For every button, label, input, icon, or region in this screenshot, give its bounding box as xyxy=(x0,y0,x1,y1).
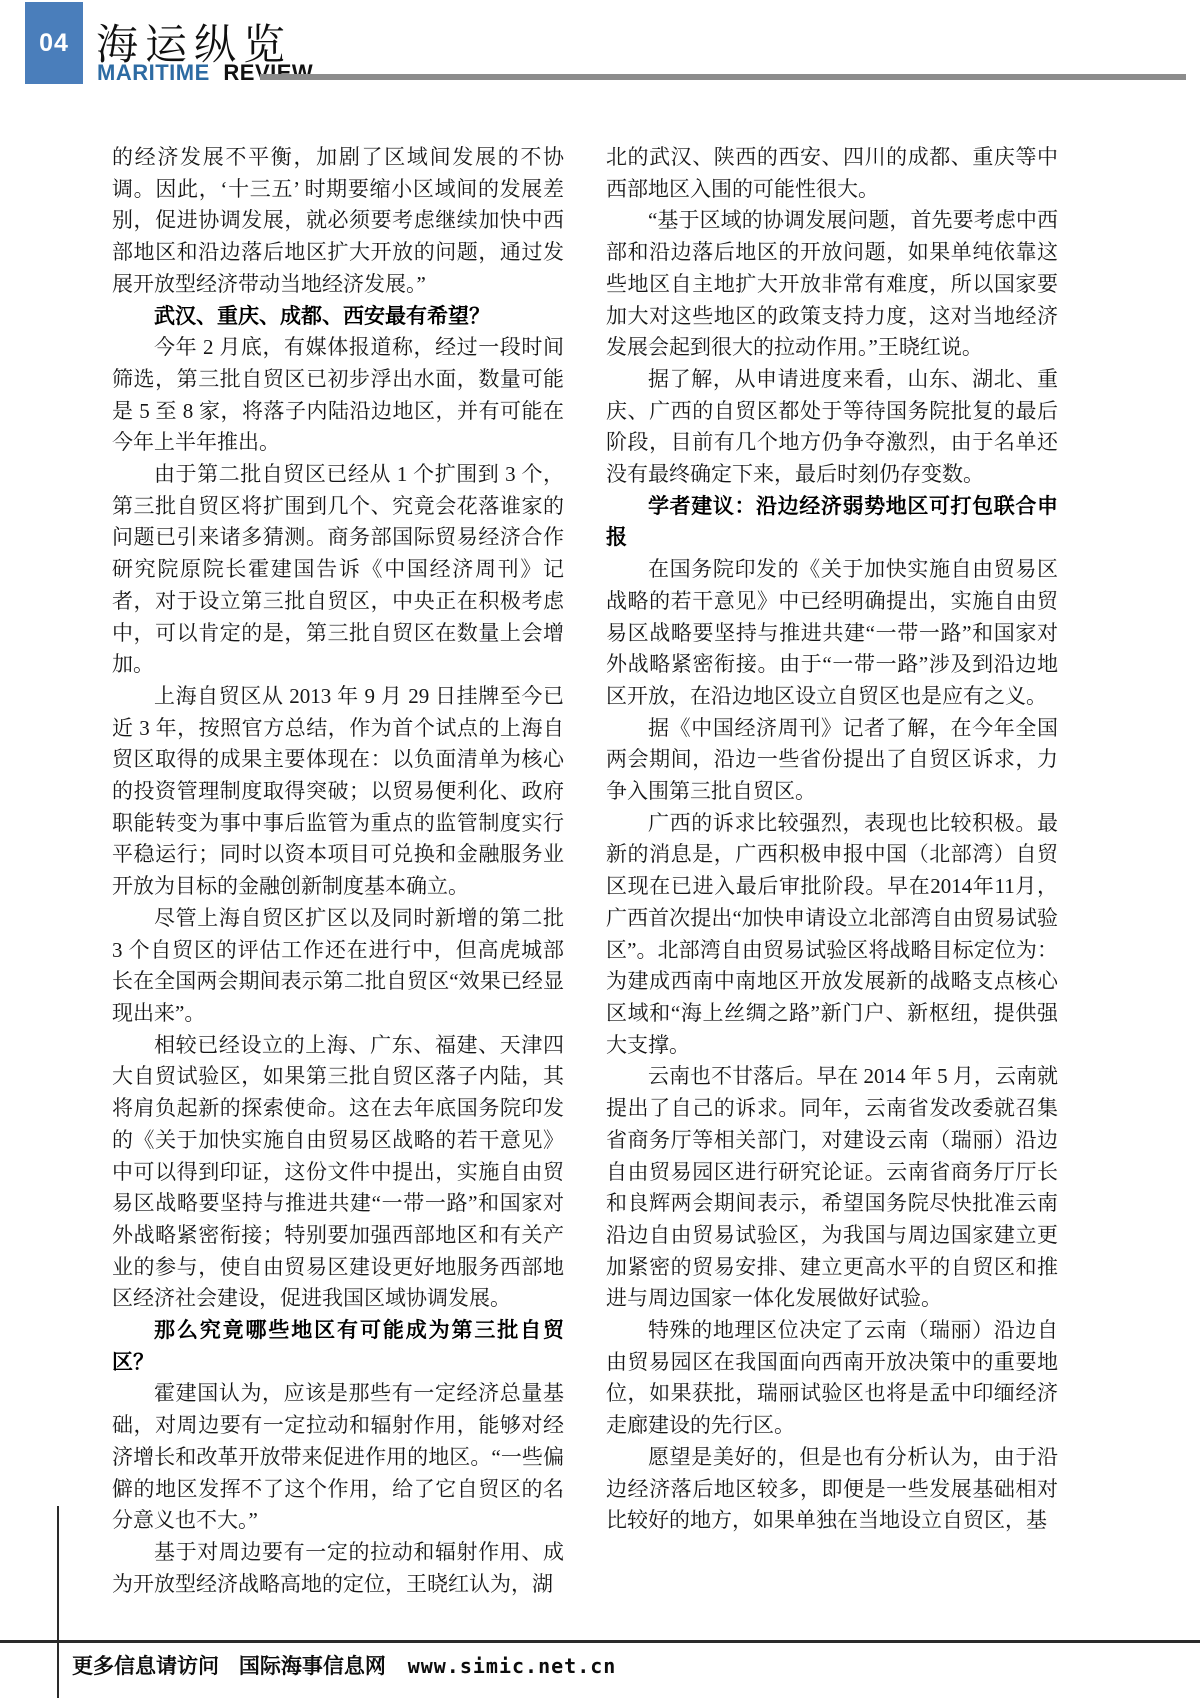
paragraph: “基于区域的协调发展问题，首先要考虑中西部和沿边落后地区的开放问题，如果单纯依靠… xyxy=(606,205,1058,364)
section-heading: 武汉、重庆、成都、西安最有希望？ xyxy=(112,301,564,333)
paragraph: 尽管上海自贸区扩区以及同时新增的第二批 3 个自贸区的评估工作还在进行中，但高虎… xyxy=(112,903,564,1030)
section-heading: 学者建议：沿边经济弱势地区可打包联合申报 xyxy=(606,491,1058,554)
paragraph: 云南也不甘落后。早在 2014 年 5 月，云南就提出了自己的诉求。同年，云南省… xyxy=(606,1061,1058,1315)
paragraph: 相较已经设立的上海、广东、福建、天津四大自贸试验区，如果第三批自贸区落子内陆，其… xyxy=(112,1030,564,1315)
paragraph: 据《中国经济周刊》记者了解，在今年全国两会期间，沿边一些省份提出了自贸区诉求，力… xyxy=(606,713,1058,808)
paragraph: 据了解，从申请进度来看，山东、湖北、重庆、广西的自贸区都处于等待国务院批复的最后… xyxy=(606,364,1058,491)
footer-site-name: 国际海事信息网 xyxy=(239,1655,386,1678)
paragraph: 愿望是美好的，但是也有分析认为，由于沿边经济落后地区较多，即便是一些发展基础相对… xyxy=(606,1442,1058,1537)
paragraph: 广西的诉求比较强烈，表现也比较积极。最新的消息是，广西积极申报中国（北部湾）自贸… xyxy=(606,808,1058,1062)
section-title-en-primary: MARITIME xyxy=(97,60,210,85)
footer-visit-text: 更多信息请访问 xyxy=(72,1655,219,1678)
paragraph: 北的武汉、陕西的西安、四川的成都、重庆等中西部地区入围的可能性很大。 xyxy=(606,142,1058,205)
header-rule xyxy=(260,74,1186,80)
paragraph: 上海自贸区从 2013 年 9 月 29 日挂牌至今已近 3 年，按照官方总结，… xyxy=(112,681,564,903)
section-title-english: MARITIME REVIEW xyxy=(97,60,313,86)
page-number: 04 xyxy=(39,29,69,58)
paragraph: 今年 2 月底，有媒体报道称，经过一段时间筛选，第三批自贸区已初步浮出水面，数量… xyxy=(112,332,564,459)
section-title-en-secondary: REVIEW xyxy=(223,60,313,85)
footer-horizontal-rule xyxy=(0,1640,1200,1643)
paragraph: 基于对周边要有一定的拉动和辐射作用、成为开放型经济战略高地的定位，王晓红认为，湖 xyxy=(112,1537,564,1600)
footer-url: www.simic.net.cn xyxy=(408,1654,617,1678)
footer-vertical-rule xyxy=(57,1506,59,1698)
paragraph: 霍建国认为，应该是那些有一定经济总量基础，对周边要有一定拉动和辐射作用，能够对经… xyxy=(112,1378,564,1537)
magazine-page: 04 海运纵览 MARITIME REVIEW 的经济发展不平衡，加剧了区域间发… xyxy=(0,0,1200,1698)
left-column: 的经济发展不平衡，加剧了区域间发展的不协调。因此，‘十三五’ 时期要缩小区域间的… xyxy=(112,142,564,1600)
page-number-box: 04 xyxy=(25,2,83,84)
paragraph: 特殊的地理区位决定了云南（瑞丽）沿边自由贸易园区在我国面向西南开放决策中的重要地… xyxy=(606,1315,1058,1442)
footer: 更多信息请访问 国际海事信息网 www.simic.net.cn xyxy=(72,1650,616,1680)
section-heading: 那么究竟哪些地区有可能成为第三批自贸区？ xyxy=(112,1315,564,1378)
right-column: 北的武汉、陕西的西安、四川的成都、重庆等中西部地区入围的可能性很大。“基于区域的… xyxy=(606,142,1058,1537)
paragraph: 由于第二批自贸区已经从 1 个扩围到 3 个，第三批自贸区将扩围到几个、究竟会花… xyxy=(112,459,564,681)
paragraph: 的经济发展不平衡，加剧了区域间发展的不协调。因此，‘十三五’ 时期要缩小区域间的… xyxy=(112,142,564,301)
paragraph: 在国务院印发的《关于加快实施自由贸易区战略的若干意见》中已经明确提出，实施自由贸… xyxy=(606,554,1058,713)
